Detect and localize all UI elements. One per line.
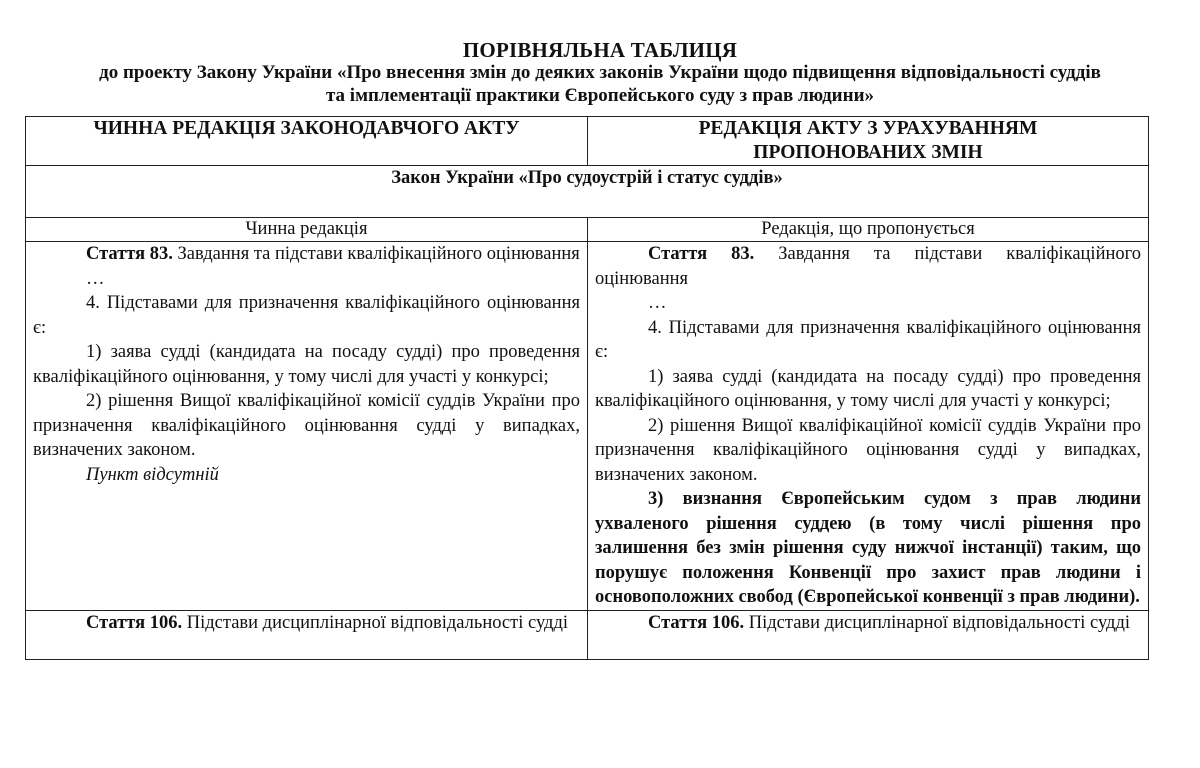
item-2: 2) рішення Вищої кваліфікаційної комісії…	[595, 414, 1141, 488]
proposed-text-cell: Стаття 83. Завдання та підстави кваліфік…	[588, 242, 1149, 611]
article-106-heading-current: Стаття 106. Підстави дисциплінарної відп…	[33, 611, 580, 636]
comparison-table: ЧИННА РЕДАКЦІЯ ЗАКОНОДАВЧОГО АКТУ РЕДАКЦ…	[25, 116, 1149, 660]
header-proposed-version: РЕДАКЦІЯ АКТУ З УРАХУВАННЯМ ПРОПОНОВАНИХ…	[588, 117, 1149, 166]
current-text-cell: Стаття 83. Завдання та підстави кваліфік…	[26, 242, 588, 611]
header-right-line2: ПРОПОНОВАНИХ ЗМІН	[753, 142, 982, 163]
subheader-row: Чинна редакція Редакція, що пропонується	[26, 218, 1149, 242]
article-106-row: Стаття 106. Підстави дисциплінарної відп…	[26, 610, 1149, 659]
article-106-proposed: Стаття 106. Підстави дисциплінарної відп…	[588, 610, 1149, 659]
item-1: 1) заява судді (кандидата на посаду судд…	[595, 365, 1141, 414]
law-title-row: Закон України «Про судоустрій і статус с…	[26, 166, 1149, 218]
header-right-line1: РЕДАКЦІЯ АКТУ З УРАХУВАННЯМ	[699, 118, 1038, 139]
article-label: Стаття 83.	[86, 244, 173, 264]
article-83-heading-proposed: Стаття 83. Завдання та підстави кваліфік…	[595, 242, 1141, 291]
missing-point-note: Пункт відсутній	[33, 463, 580, 488]
item-2: 2) рішення Вищої кваліфікаційної комісії…	[33, 389, 580, 463]
table-header-row: ЧИННА РЕДАКЦІЯ ЗАКОНОДАВЧОГО АКТУ РЕДАКЦ…	[26, 117, 1149, 166]
ellipsis: …	[33, 267, 580, 292]
article-label: Стаття 106.	[86, 613, 182, 633]
ellipsis: …	[595, 291, 1141, 316]
item-1: 1) заява судді (кандидата на посаду судд…	[33, 340, 580, 389]
article-title: Завдання та підстави кваліфікаційного оц…	[173, 244, 580, 264]
article-label: Стаття 106.	[648, 613, 744, 633]
law-title: Закон України «Про судоустрій і статус с…	[26, 166, 1149, 218]
header-left-text: ЧИННА РЕДАКЦІЯ ЗАКОНОДАВЧОГО АКТУ	[93, 118, 519, 139]
article-106-heading-proposed: Стаття 106. Підстави дисциплінарної відп…	[595, 611, 1141, 636]
document-subtitle-line1: до проекту Закону України «Про внесення …	[0, 62, 1200, 84]
article-83-heading-current: Стаття 83. Завдання та підстави кваліфік…	[33, 242, 580, 267]
subheader-proposed: Редакція, що пропонується	[588, 218, 1149, 242]
document-title: ПОРІВНЯЛЬНА ТАБЛИЦЯ	[0, 38, 1200, 63]
article-83-row: Стаття 83. Завдання та підстави кваліфік…	[26, 242, 1149, 611]
point-4: 4. Підставами для призначення кваліфікац…	[33, 291, 580, 340]
article-label: Стаття 83.	[648, 244, 754, 264]
article-title: Підстави дисциплінарної відповідальності…	[744, 613, 1130, 633]
point-4: 4. Підставами для призначення кваліфікац…	[595, 316, 1141, 365]
subheader-current: Чинна редакція	[26, 218, 588, 242]
item-3-new-provision: 3) визнання Європейським судом з прав лю…	[595, 487, 1141, 610]
document-subtitle-line2: та імплементації практики Європейського …	[0, 85, 1200, 107]
article-title: Підстави дисциплінарної відповідальності…	[182, 613, 568, 633]
header-current-version: ЧИННА РЕДАКЦІЯ ЗАКОНОДАВЧОГО АКТУ	[26, 117, 588, 166]
article-106-current: Стаття 106. Підстави дисциплінарної відп…	[26, 610, 588, 659]
